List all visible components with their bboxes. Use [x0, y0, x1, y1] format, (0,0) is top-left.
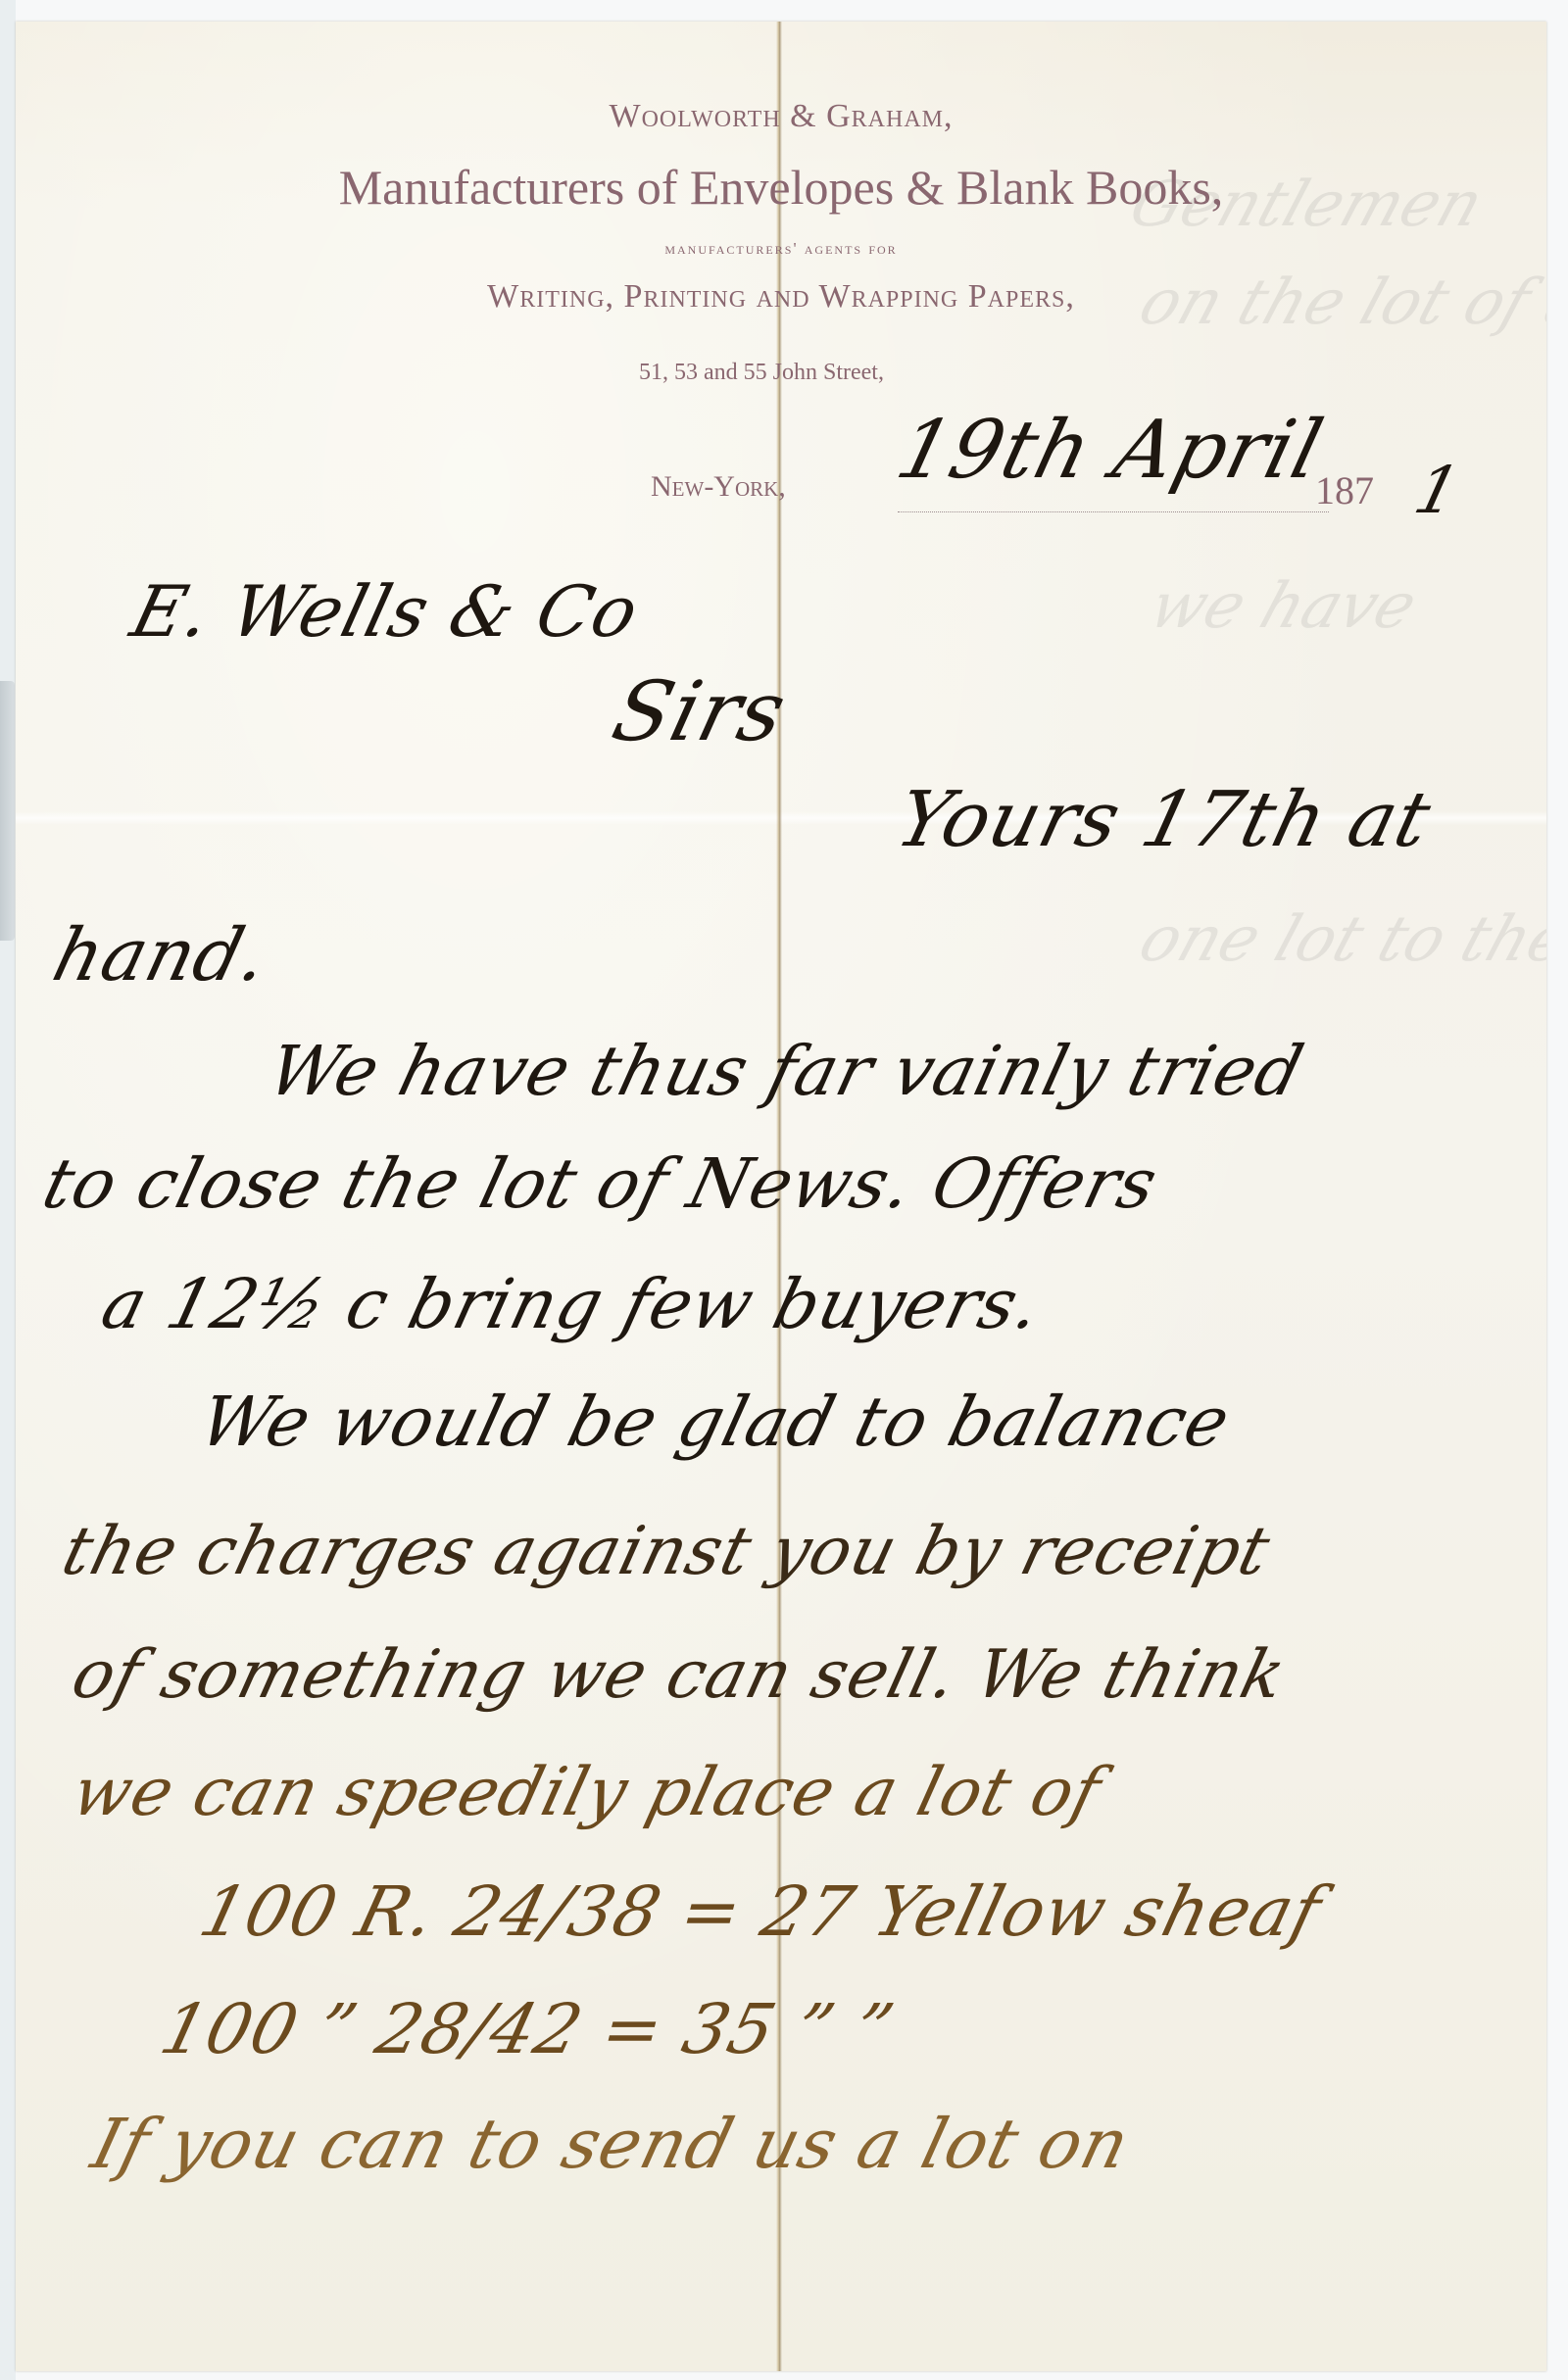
body-line-order-item: 100 R. 24/38 = 27 Yellow sheaf: [192, 1871, 1329, 1952]
city-name: New-York,: [651, 470, 786, 504]
firm-name: Woolworth & Graham,: [16, 98, 1546, 135]
body-line-order-item: 100 ” 28/42 = 35 ” ”: [153, 1989, 902, 2069]
handwritten-year-digit: 1: [1407, 453, 1468, 528]
body-line: Yours 17th at: [888, 776, 1440, 864]
scan-background-strip: [0, 0, 16, 2380]
show-through-text: we have: [1141, 570, 1425, 643]
recipient-line: E. Wells & Co: [123, 570, 647, 653]
binding-tab: [0, 681, 15, 941]
handwritten-date: 19th April: [888, 404, 1332, 497]
printed-year-prefix: 187: [1315, 467, 1374, 513]
letter-sheet: Gentlemen on the lot of a we have one lo…: [16, 22, 1546, 2371]
body-line: hand.: [45, 913, 277, 997]
business-description: Manufacturers of Envelopes & Blank Books…: [16, 159, 1546, 216]
street-address: 51, 53 and 55 John Street,: [16, 360, 1527, 386]
body-line: we can speedily place a lot of: [65, 1754, 1108, 1831]
body-line: of something we can sell. We think: [65, 1636, 1294, 1714]
body-line: We would be glad to balance: [192, 1382, 1238, 1462]
body-line: We have thus far vainly tried: [261, 1031, 1311, 1111]
body-line: If you can to send us a lot on: [84, 2104, 1138, 2184]
paper-products: Writing, Printing and Wrapping Papers,: [16, 278, 1546, 316]
agents-label: MANUFACTURERS' AGENTS FOR: [16, 239, 1546, 259]
date-dotted-rule: [898, 511, 1329, 512]
body-line: a 12½ c bring few buyers.: [94, 1264, 1050, 1344]
body-line: to close the lot of News. Offers: [35, 1143, 1165, 1224]
show-through-text: one lot to the: [1131, 903, 1546, 976]
salutation: Sirs: [604, 663, 796, 759]
body-line: the charges against you by receipt: [55, 1513, 1278, 1590]
